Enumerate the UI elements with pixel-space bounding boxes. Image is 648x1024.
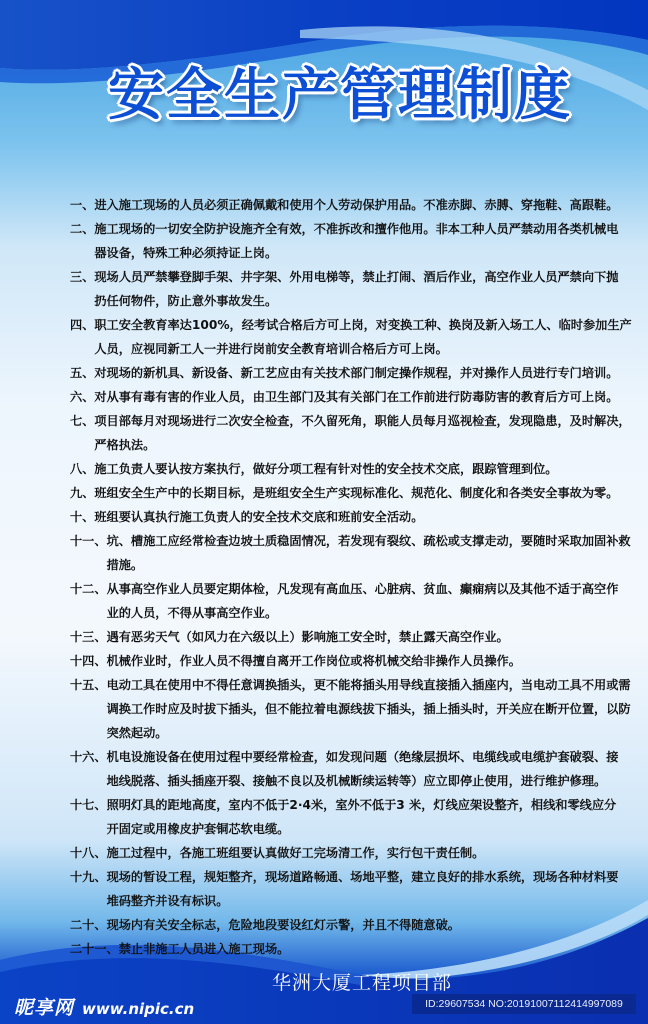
rule-text: 机械作业时，作业人员不得擅自离开工作岗位或将机械交给非操作人员操作。	[107, 649, 640, 673]
rule-line: 现场内有关安全标志，危险地段要设红灯示警，并且不得随意破。	[107, 913, 640, 937]
rule-text: 照明灯具的距地高度，室内不低于2·4米，室外不低于3 米，灯线应架设整齐，相线和…	[107, 793, 640, 841]
rule-text: 现场内有关安全标志，危险地段要设红灯示警，并且不得随意破。	[107, 913, 640, 937]
rule-text: 电动工具在使用中不得任意调换插头，更不能将插头用导线直接插入插座内，当电动工具不…	[107, 673, 640, 745]
rule-text: 禁止非施工人员进入施工现场。	[119, 937, 640, 961]
rule-number: 十八、	[70, 841, 107, 865]
rule-item: 五、对现场的新机具、新设备、新工艺应由有关技术部门制定操作规程，并对操作人员进行…	[70, 361, 640, 385]
rule-text: 班组安全生产中的长期目标，是班组安全生产实现标准化、规范化、制度化和各类安全事故…	[94, 481, 640, 505]
rule-item: 二十、现场内有关安全标志，危险地段要设红灯示警，并且不得随意破。	[70, 913, 640, 937]
rule-number: 十六、	[70, 745, 107, 793]
rule-line: 职工安全教育率达100%，经考试合格后方可上岗，对变换工种、换岗及新入场工人、临…	[94, 313, 640, 337]
rule-line: 禁止非施工人员进入施工现场。	[119, 937, 640, 961]
rule-line: 施工负责人要认按方案执行，做好分项工程有针对性的安全技术交底，跟踪管理到位。	[94, 457, 640, 481]
rule-line: 现场的暂设工程，规矩整齐，现场道路畅通、场地平整，建立良好的排水系统，现场各种材…	[107, 865, 640, 889]
watermark-brand: 昵享网	[14, 993, 74, 1020]
rule-line: 业的人员，不得从事高空作业。	[107, 601, 640, 625]
rule-text: 进入施工现场的人员必须正确佩戴和使用个人劳动保护用品。不准赤脚、赤膊、穿拖鞋、高…	[94, 193, 640, 217]
rule-line: 调换工作时应及时拔下插头，但不能拉着电源线拔下插头，插上插头时，开关应在断开位置…	[107, 697, 640, 745]
rule-item: 七、项目部每月对现场进行二次安全检查，不久留死角，职能人员每月巡视检查，发现隐患…	[70, 409, 640, 457]
rule-item: 三、现场人员严禁攀登脚手架、井字架、外用电梯等，禁止打闹、酒后作业，高空作业人员…	[70, 265, 640, 313]
rule-number: 三、	[70, 265, 94, 313]
rule-line: 项目部每月对现场进行二次安全检查，不久留死角，职能人员每月巡视检查，发现隐患，及…	[94, 409, 640, 433]
rule-line: 班组要认真执行施工负责人的安全技术交底和班前安全活动。	[94, 505, 640, 529]
rule-text: 施工过程中，各施工班组要认真做好工完场清工作，实行包干责任制。	[107, 841, 640, 865]
rule-number: 四、	[70, 313, 94, 361]
watermark: 昵享网 www.nipic.cn	[14, 993, 194, 1020]
rule-item: 八、施工负责人要认按方案执行，做好分项工程有针对性的安全技术交底，跟踪管理到位。	[70, 457, 640, 481]
rule-line: 照明灯具的距地高度，室内不低于2·4米，室外不低于3 米，灯线应架设整齐，相线和…	[107, 793, 640, 817]
rule-text: 对现场的新机具、新设备、新工艺应由有关技术部门制定操作规程，并对操作人员进行专门…	[94, 361, 640, 385]
rule-text: 现场的暂设工程，规矩整齐，现场道路畅通、场地平整，建立良好的排水系统，现场各种材…	[107, 865, 640, 913]
rule-line: 严格执法。	[94, 433, 640, 457]
rule-item: 一、进入施工现场的人员必须正确佩戴和使用个人劳动保护用品。不准赤脚、赤膊、穿拖鞋…	[70, 193, 640, 217]
rule-text: 施工现场的一切安全防护设施齐全有效，不准拆改和擅作他用。非本工种人员严禁动用各类…	[94, 217, 640, 265]
rule-text: 现场人员严禁攀登脚手架、井字架、外用电梯等，禁止打闹、酒后作业，高空作业人员严禁…	[94, 265, 640, 313]
department-name: 华洲大厦工程项目部	[272, 968, 452, 995]
rule-item: 十一、坑、槽施工应经常检查边坡土质稳固情况，若发现有裂纹、疏松或支撑走动，要随时…	[70, 529, 640, 577]
rule-number: 十五、	[70, 673, 107, 745]
rule-number: 一、	[70, 193, 94, 217]
rule-text: 机电设施设备在使用过程中要经常检查，如发现问题（绝缘层损坏、电缆线或电缆护套破裂…	[107, 745, 640, 793]
rule-text: 职工安全教育率达100%，经考试合格后方可上岗，对变换工种、换岗及新入场工人、临…	[94, 313, 640, 361]
rule-line: 坑、槽施工应经常检查边坡土质稳固情况，若发现有裂纹、疏松或支撑走动，要随时采取加…	[107, 529, 640, 577]
rule-text: 坑、槽施工应经常检查边坡土质稳固情况，若发现有裂纹、疏松或支撑走动，要随时采取加…	[107, 529, 640, 577]
rule-item: 二、施工现场的一切安全防护设施齐全有效，不准拆改和擅作他用。非本工种人员严禁动用…	[70, 217, 640, 265]
rule-line: 从事高空作业人员要定期体检，凡发现有高血压、心脏病、贫血、癫痫病以及其他不适于高…	[107, 577, 640, 601]
rule-item: 六、对从事有毒有害的作业人员，由卫生部门及其有关部门在工作前进行防毒防害的教育后…	[70, 385, 640, 409]
rule-number: 二十、	[70, 913, 107, 937]
rule-item: 十四、机械作业时，作业人员不得擅自离开工作岗位或将机械交给非操作人员操作。	[70, 649, 640, 673]
rule-item: 十三、遇有恶劣天气（如风力在六级以上）影响施工安全时，禁止露天高空作业。	[70, 625, 640, 649]
rule-item: 九、班组安全生产中的长期目标，是班组安全生产实现标准化、规范化、制度化和各类安全…	[70, 481, 640, 505]
rule-item: 二十一、禁止非施工人员进入施工现场。	[70, 937, 640, 961]
rule-number: 八、	[70, 457, 94, 481]
rules-list: 一、进入施工现场的人员必须正确佩戴和使用个人劳动保护用品。不准赤脚、赤膊、穿拖鞋…	[70, 193, 640, 961]
rule-line: 对现场的新机具、新设备、新工艺应由有关技术部门制定操作规程，并对操作人员进行专门…	[94, 361, 640, 385]
rule-line: 人员，应视同新工人一并进行岗前安全教育培训合格后方可上岗。	[94, 337, 640, 361]
rule-text: 项目部每月对现场进行二次安全检查，不久留死角，职能人员每月巡视检查，发现隐患，及…	[94, 409, 640, 457]
rule-number: 二、	[70, 217, 94, 265]
rule-line: 进入施工现场的人员必须正确佩戴和使用个人劳动保护用品。不准赤脚、赤膊、穿拖鞋、高…	[94, 193, 640, 217]
rule-line: 电动工具在使用中不得任意调换插头，更不能将插头用导线直接插入插座内，当电动工具不…	[107, 673, 640, 697]
rule-line: 机电设施设备在使用过程中要经常检查，如发现问题（绝缘层损坏、电缆线或电缆护套破裂…	[107, 745, 640, 769]
rule-line: 器设备，特殊工种必须持证上岗。	[94, 241, 640, 265]
rule-item: 十八、施工过程中，各施工班组要认真做好工完场清工作，实行包干责任制。	[70, 841, 640, 865]
rule-line: 开固定或用橡皮护套铜芯软电缆。	[107, 817, 640, 841]
poster-title: 安全生产管理制度	[108, 68, 572, 124]
rule-number: 九、	[70, 481, 94, 505]
rule-line: 扔任何物件，防止意外事故发生。	[94, 289, 640, 313]
rule-number: 五、	[70, 361, 94, 385]
rule-line: 施工现场的一切安全防护设施齐全有效，不准拆改和擅作他用。非本工种人员严禁动用各类…	[94, 217, 640, 241]
rule-line: 对从事有毒有害的作业人员，由卫生部门及其有关部门在工作前进行防毒防害的教育后方可…	[94, 385, 640, 409]
rule-item: 十六、机电设施设备在使用过程中要经常检查，如发现问题（绝缘层损坏、电缆线或电缆护…	[70, 745, 640, 793]
rule-line: 地线脱落、插头插座开裂、接触不良以及机械断续运转等）应立即停止使用，进行维护修理…	[107, 769, 640, 793]
rule-text: 遇有恶劣天气（如风力在六级以上）影响施工安全时，禁止露天高空作业。	[107, 625, 640, 649]
rule-number: 七、	[70, 409, 94, 457]
rule-item: 十、班组要认真执行施工负责人的安全技术交底和班前安全活动。	[70, 505, 640, 529]
rule-number: 十二、	[70, 577, 107, 625]
rule-item: 四、职工安全教育率达100%，经考试合格后方可上岗，对变换工种、换岗及新入场工人…	[70, 313, 640, 361]
rule-number: 十一、	[70, 529, 107, 577]
rule-line: 班组安全生产中的长期目标，是班组安全生产实现标准化、规范化、制度化和各类安全事故…	[94, 481, 640, 505]
rule-item: 十七、照明灯具的距地高度，室内不低于2·4米，室外不低于3 米，灯线应架设整齐，…	[70, 793, 640, 841]
rule-number: 十九、	[70, 865, 107, 913]
rule-text: 对从事有毒有害的作业人员，由卫生部门及其有关部门在工作前进行防毒防害的教育后方可…	[94, 385, 640, 409]
rule-item: 十五、电动工具在使用中不得任意调换插头，更不能将插头用导线直接插入插座内，当电动…	[70, 673, 640, 745]
watermark-site: www.nipic.cn	[82, 1000, 194, 1018]
rule-number: 六、	[70, 385, 94, 409]
rule-number: 十、	[70, 505, 94, 529]
rule-line: 遇有恶劣天气（如风力在六级以上）影响施工安全时，禁止露天高空作业。	[107, 625, 640, 649]
rule-line: 机械作业时，作业人员不得擅自离开工作岗位或将机械交给非操作人员操作。	[107, 649, 640, 673]
rule-line: 现场人员严禁攀登脚手架、井字架、外用电梯等，禁止打闹、酒后作业，高空作业人员严禁…	[94, 265, 640, 289]
rule-item: 十九、现场的暂设工程，规矩整齐，现场道路畅通、场地平整，建立良好的排水系统，现场…	[70, 865, 640, 913]
image-id-bar: ID:29607534 NO:20191007112414997089	[412, 994, 636, 1014]
rule-number: 十四、	[70, 649, 107, 673]
rule-line: 施工过程中，各施工班组要认真做好工完场清工作，实行包干责任制。	[107, 841, 640, 865]
rule-item: 十二、从事高空作业人员要定期体检，凡发现有高血压、心脏病、贫血、癫痫病以及其他不…	[70, 577, 640, 625]
rule-number: 二十一、	[70, 937, 119, 961]
rule-text: 班组要认真执行施工负责人的安全技术交底和班前安全活动。	[94, 505, 640, 529]
rule-number: 十七、	[70, 793, 107, 841]
rule-text: 施工负责人要认按方案执行，做好分项工程有针对性的安全技术交底，跟踪管理到位。	[94, 457, 640, 481]
rule-text: 从事高空作业人员要定期体检，凡发现有高血压、心脏病、贫血、癫痫病以及其他不适于高…	[107, 577, 640, 625]
rule-line: 堆码整齐并设有标识。	[107, 889, 640, 913]
rule-number: 十三、	[70, 625, 107, 649]
